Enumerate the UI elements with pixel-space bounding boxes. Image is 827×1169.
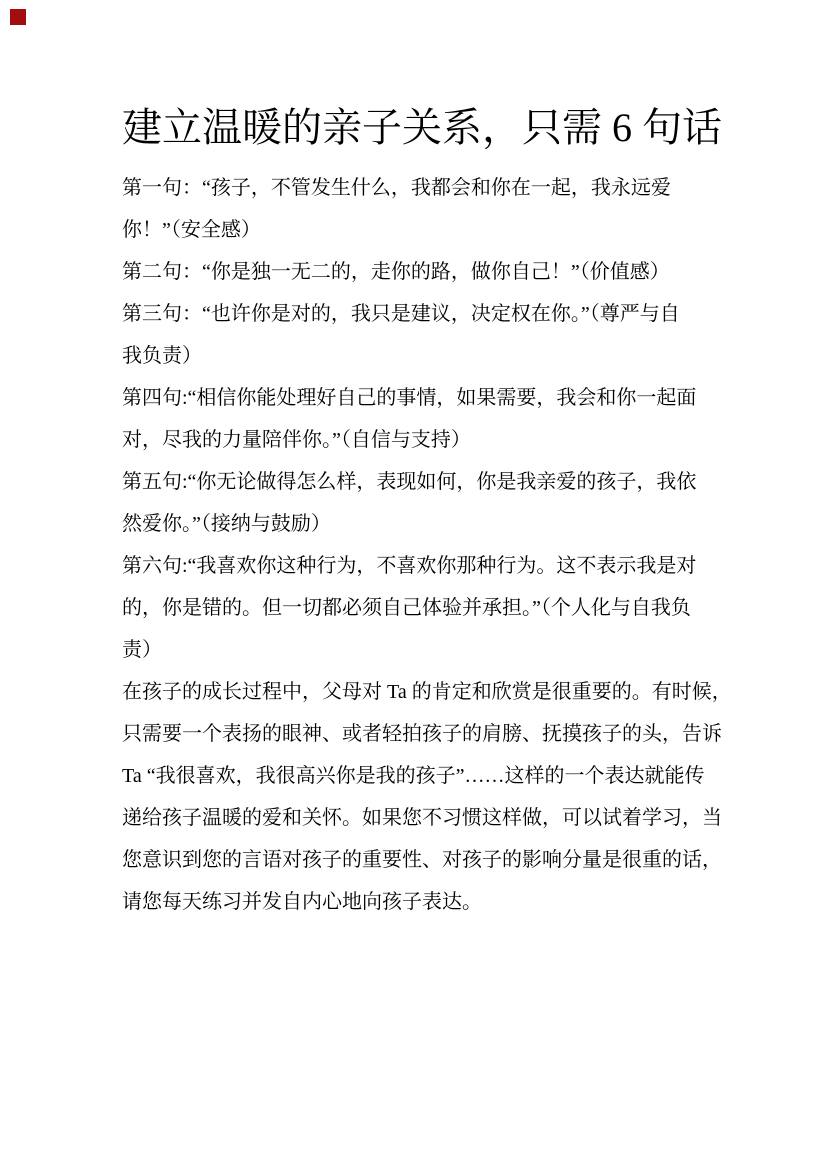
- text-line: 第一句：“孩子，不管发生什么，我都会和你在一起，我永远爱: [122, 167, 696, 209]
- text-line: 只需要一个表扬的眼神、或者轻拍孩子的肩膀、抚摸孩子的头，告诉: [122, 713, 696, 755]
- document-title: 建立温暖的亲子关系，只需 6 句话: [122, 104, 696, 152]
- document-page: 建立温暖的亲子关系，只需 6 句话 第一句：“孩子，不管发生什么，我都会和你在一…: [0, 0, 827, 1169]
- text-line: 第五句:“你无论做得怎么样，表现如何，你是我亲爱的孩子，我依: [122, 461, 696, 503]
- text-line: 递给孩子温暖的爱和关怀。如果您不习惯这样做，可以试着学习，当: [122, 797, 696, 839]
- text-line: 第六句:“我喜欢你这种行为，不喜欢你那种行为。这不表示我是对: [122, 545, 696, 587]
- text-line: 我负责）: [122, 335, 696, 377]
- text-line: 然爱你。”（接纳与鼓励）: [122, 503, 696, 545]
- document-body: 建立温暖的亲子关系，只需 6 句话 第一句：“孩子，不管发生什么，我都会和你在一…: [122, 104, 696, 923]
- text-line: 在孩子的成长过程中，父母对 Ta 的肯定和欣赏是很重要的。有时候，: [122, 671, 696, 713]
- text-line: 第三句：“也许你是对的，我只是建议，决定权在你。”（尊严与自: [122, 293, 696, 335]
- text-line: 对，尽我的力量陪伴你。”（自信与支持）: [122, 419, 696, 461]
- red-square-marker: [10, 9, 26, 25]
- text-line: 责）: [122, 629, 696, 671]
- text-line: 第二句：“你是独一无二的，走你的路，做你自己！”（价值感）: [122, 251, 696, 293]
- text-line: Ta “我很喜欢，我很高兴你是我的孩子”……这样的一个表达就能传: [122, 755, 696, 797]
- text-line: 您意识到您的言语对孩子的重要性、对孩子的影响分量是很重的话，: [122, 839, 696, 881]
- text-line: 你！”（安全感）: [122, 209, 696, 251]
- text-line: 请您每天练习并发自内心地向孩子表达。: [122, 881, 696, 923]
- text-line: 的，你是错的。但一切都必须自己体验并承担。”（个人化与自我负: [122, 587, 696, 629]
- text-line: 第四句:“相信你能处理好自己的事情，如果需要，我会和你一起面: [122, 377, 696, 419]
